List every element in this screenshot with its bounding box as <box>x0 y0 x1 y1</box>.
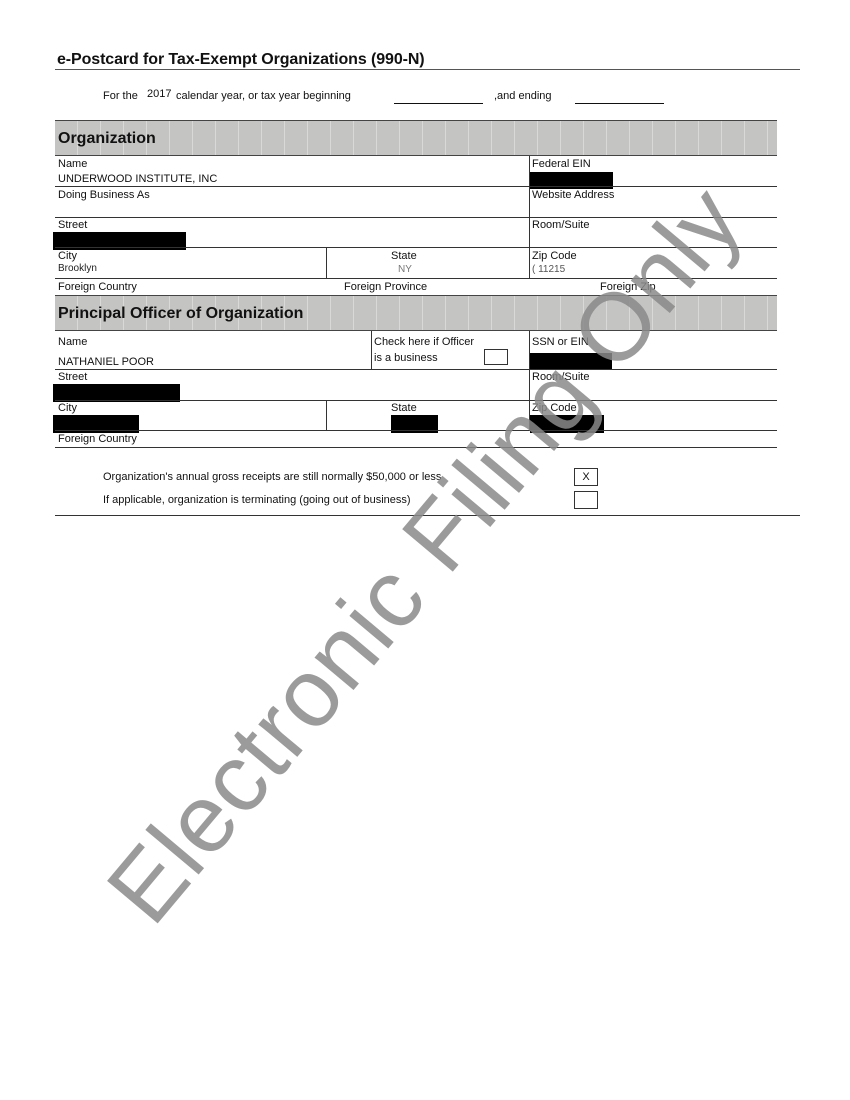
organization-section-band <box>55 120 777 156</box>
officer-street-label: Street <box>58 371 87 383</box>
officer-city-label: City <box>58 402 77 414</box>
officer-business-label-1: Check here if Officer <box>374 336 474 348</box>
officer-foreign-country-label: Foreign Country <box>58 433 137 445</box>
organization-section-title: Organization <box>58 130 156 148</box>
officer-room-label: Room/Suite <box>532 371 589 383</box>
row-divider <box>55 400 777 401</box>
officer-zip-label: Zip Code <box>532 402 577 414</box>
org-room-label: Room/Suite <box>532 219 589 231</box>
org-street-label: Street <box>58 219 87 231</box>
org-city-value: Brooklyn <box>58 263 97 274</box>
and-ending-label: ,and ending <box>494 90 552 102</box>
title-divider <box>55 69 800 70</box>
terminating-checkbox[interactable] <box>574 491 598 509</box>
column-divider <box>326 247 327 278</box>
bottom-divider <box>55 515 800 516</box>
org-foreign-country-label: Foreign Country <box>58 281 137 293</box>
column-divider <box>326 400 327 430</box>
org-zip-value: ( 11215 <box>532 264 565 275</box>
tax-year-value: 2017 <box>147 88 171 100</box>
officer-business-label-2: is a business <box>374 352 438 364</box>
tax-year-beginning-field <box>394 103 483 104</box>
org-name-label: Name <box>58 158 87 170</box>
org-zip-label: Zip Code <box>532 250 577 262</box>
gross-receipts-label: Organization's annual gross receipts are… <box>103 471 441 483</box>
tax-year-suffix: calendar year, or tax year beginning <box>176 90 351 102</box>
officer-section-title: Principal Officer of Organization <box>58 305 303 323</box>
column-divider <box>371 331 372 369</box>
org-foreign-zip-label: Foreign Zip <box>600 281 656 293</box>
federal-ein-label: Federal EIN <box>532 158 591 170</box>
org-name-value: UNDERWOOD INSTITUTE, INC <box>58 173 217 185</box>
row-divider <box>55 369 777 370</box>
website-label: Website Address <box>532 189 614 201</box>
gross-receipts-checkbox[interactable]: X <box>574 468 598 486</box>
tax-year-prefix: For the <box>103 90 138 102</box>
org-state-label: State <box>391 250 417 262</box>
row-divider <box>55 186 777 187</box>
officer-name-label: Name <box>58 336 87 348</box>
terminating-label: If applicable, organization is terminati… <box>103 494 411 506</box>
row-divider <box>55 247 777 248</box>
officer-name-value: NATHANIEL POOR <box>58 356 154 368</box>
row-divider <box>55 430 777 431</box>
document-title: e-Postcard for Tax-Exempt Organizations … <box>57 51 425 69</box>
org-foreign-province-label: Foreign Province <box>344 281 427 293</box>
row-divider <box>55 278 777 279</box>
ssn-ein-label: SSN or EIN <box>532 336 589 348</box>
org-state-value: NY <box>398 264 412 275</box>
tax-year-ending-field <box>575 103 664 104</box>
officer-business-checkbox[interactable] <box>484 349 508 365</box>
officer-state-label: State <box>391 402 417 414</box>
dba-label: Doing Business As <box>58 189 150 201</box>
org-city-label: City <box>58 250 77 262</box>
row-divider <box>55 447 777 448</box>
ssn-ein-redacted <box>530 353 612 370</box>
row-divider <box>55 217 777 218</box>
